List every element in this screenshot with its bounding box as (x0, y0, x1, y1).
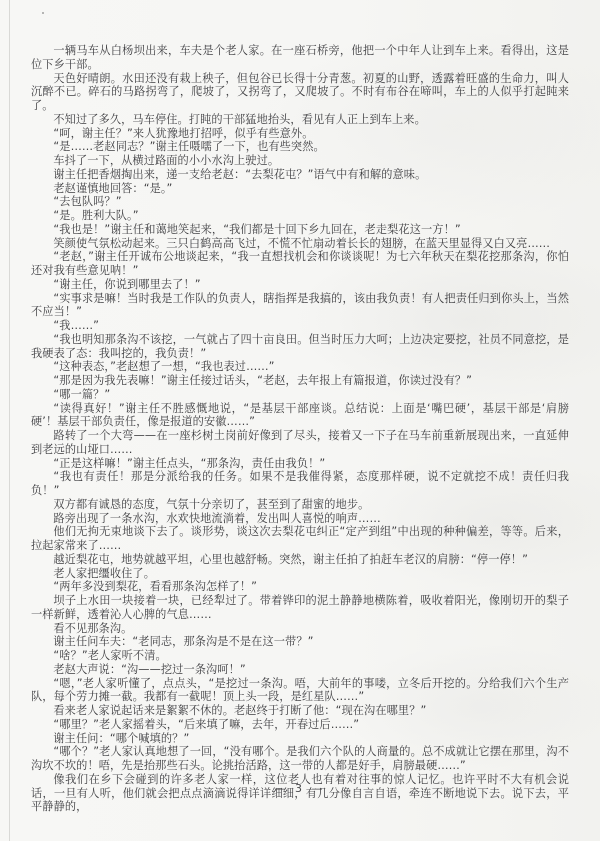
paragraph: 老人家把缰收住了。 (31, 567, 569, 581)
paragraph: “是……老赵同志？”谢主任嗫嚅了一下，也有些突然。 (31, 140, 569, 154)
paragraph: 不知过了多久，马车停住。打盹的干部猛地抬头，看见有人正上到车上来。 (31, 113, 569, 127)
paragraph: “实事求是嘛！当时我是工作队的负责人，瞎指挥是我搞的，该由我负责！有人把责任归到… (31, 292, 569, 320)
paragraph: “我也明知那条沟不该挖，一气就占了四十亩良田。但当时压力大呵；上边决定要挖，社员… (31, 333, 569, 361)
paragraph: 看来老人家说起话来是絮絮不休的。老赵终于打断了他：“现在沟在哪里？” (31, 704, 569, 718)
paragraph: 老赵大声说：“沟——挖过一条沟呵！” (31, 663, 569, 677)
paragraph: “哪一篇？” (31, 388, 569, 402)
paragraph: 谢主任把香烟掏出来，递一支给老赵：“去梨花屯？”语气中有和解的意味。 (31, 168, 569, 182)
paragraph: “老赵，”谢主任开诚布公地谈起来，“我一直想找机会和你谈谈呢！为七六年秋天在梨花… (31, 250, 569, 278)
paragraph: 天色好晴朗。水田还没有栽上秧子，但包谷已长得十分青葱。初夏的山野，透露着旺盛的生… (31, 72, 569, 113)
paragraph: “谢主任，你说到哪里去了！” (31, 278, 569, 292)
paragraph: “读得真好！”谢主任不胜感慨地说，“是基层干部座谈。总结说：上面是‘嘴巴硬’，基… (31, 402, 569, 430)
paragraph: 坝子上水田一块接着一块，已经犁过了。带着铧印的泥土静静地横陈着，吸收着阳光，像刚… (31, 594, 569, 622)
paragraph: 谢主任问车夫：“老同志，那条沟是不是在这一带？” (31, 635, 569, 649)
paragraph: “去包队吗？” (31, 195, 569, 209)
paragraph: “正是这样嘛！”谢主任点头，“那条沟，责任由我负！” (31, 457, 569, 471)
text-block: 一辆马车从白杨坝出来，车夫是个老人家。在一座石桥旁，他把一个中年人让到车上来。看… (31, 44, 569, 814)
paragraph: 看不见那条沟。 (31, 622, 569, 636)
paragraph: 谢主任问：“哪个喊填的？” (31, 732, 569, 746)
paragraph: “那是因为我先表嘛！”谢主任接过话头，“老赵，去年报上有篇报道，你读过没有？” (31, 374, 569, 388)
paragraph: “嗯，”老人家听懂了，点点头，“是挖过一条沟。唔，大前年的事喽，立冬后开挖的。分… (31, 677, 569, 705)
paragraph: “我也是！”谢主任和蔼地笑起来，“我们都是十回下乡九回在，老走梨花这一方！” (31, 223, 569, 237)
paragraph: 路转了一个大弯——在一座杉树土岗前好像到了尽头，接着又一下子在马车前重新展现出来… (31, 429, 569, 457)
document-page: 一辆马车从白杨坝出来，车夫是个老人家。在一座石桥旁，他把一个中年人让到车上来。看… (0, 0, 600, 841)
paragraph: 车抖了一下，从横过路面的小小水沟上驶过。 (31, 154, 569, 168)
paragraph: “两年多没到梨花，看看那条沟怎样了！” (31, 580, 569, 594)
paragraph: 越近梨花屯，地势就越平坦，心里也越舒畅。突然，谢主任拍了拍赶车老汉的肩膀：“停一… (31, 553, 569, 567)
paragraph: “哪个？”老人家认真地想了一回，“没有哪个。是我们六个队的人商量的。总不成就让它… (31, 745, 569, 773)
page-number: — 3 — (0, 782, 600, 795)
paragraph: “哪里？”老人家摇着头，“后来填了嘛，去年，开春过后……” (31, 718, 569, 732)
paragraph: “呵，谢主任？”来人犹豫地打招呼，似乎有些意外。 (31, 127, 569, 141)
paragraph: “啥？”老人家听不清。 (31, 649, 569, 663)
paragraph: 一辆马车从白杨坝出来，车夫是个老人家。在一座石桥旁，他把一个中年人让到车上来。看… (31, 44, 569, 72)
scan-speck (42, 12, 44, 14)
paragraph: 路旁出现了一条水沟，水欢快地流淌着，发出叫人喜悦的响声…… (31, 512, 569, 526)
paragraph: 老赵谨慎地回答：“是。” (31, 182, 569, 196)
paragraph: “我也有责任！那是分派给我的任务。如果不是我催得紧，态度那样硬，说不定就挖不成！… (31, 470, 569, 498)
paragraph: 他们无拘无束地谈下去了。谈形势，谈这次去梨花屯纠正“定产到组”中出现的种种偏差，… (31, 525, 569, 553)
paragraph: 双方都有诚恳的态度，气氛十分亲切了，甚至到了甜蜜的地步。 (31, 498, 569, 512)
paragraph: “我……” (31, 319, 569, 333)
paragraph: “这种表态，”老赵想了一想，“我也表过……” (31, 360, 569, 374)
paragraph: “是。胜利大队。” (31, 209, 569, 223)
paragraph: 笑颜使气氛松动起来。三只白鹤高高飞过，不慌不忙扇动着长长的翅膀，在蓝天里显得又白… (31, 237, 569, 251)
